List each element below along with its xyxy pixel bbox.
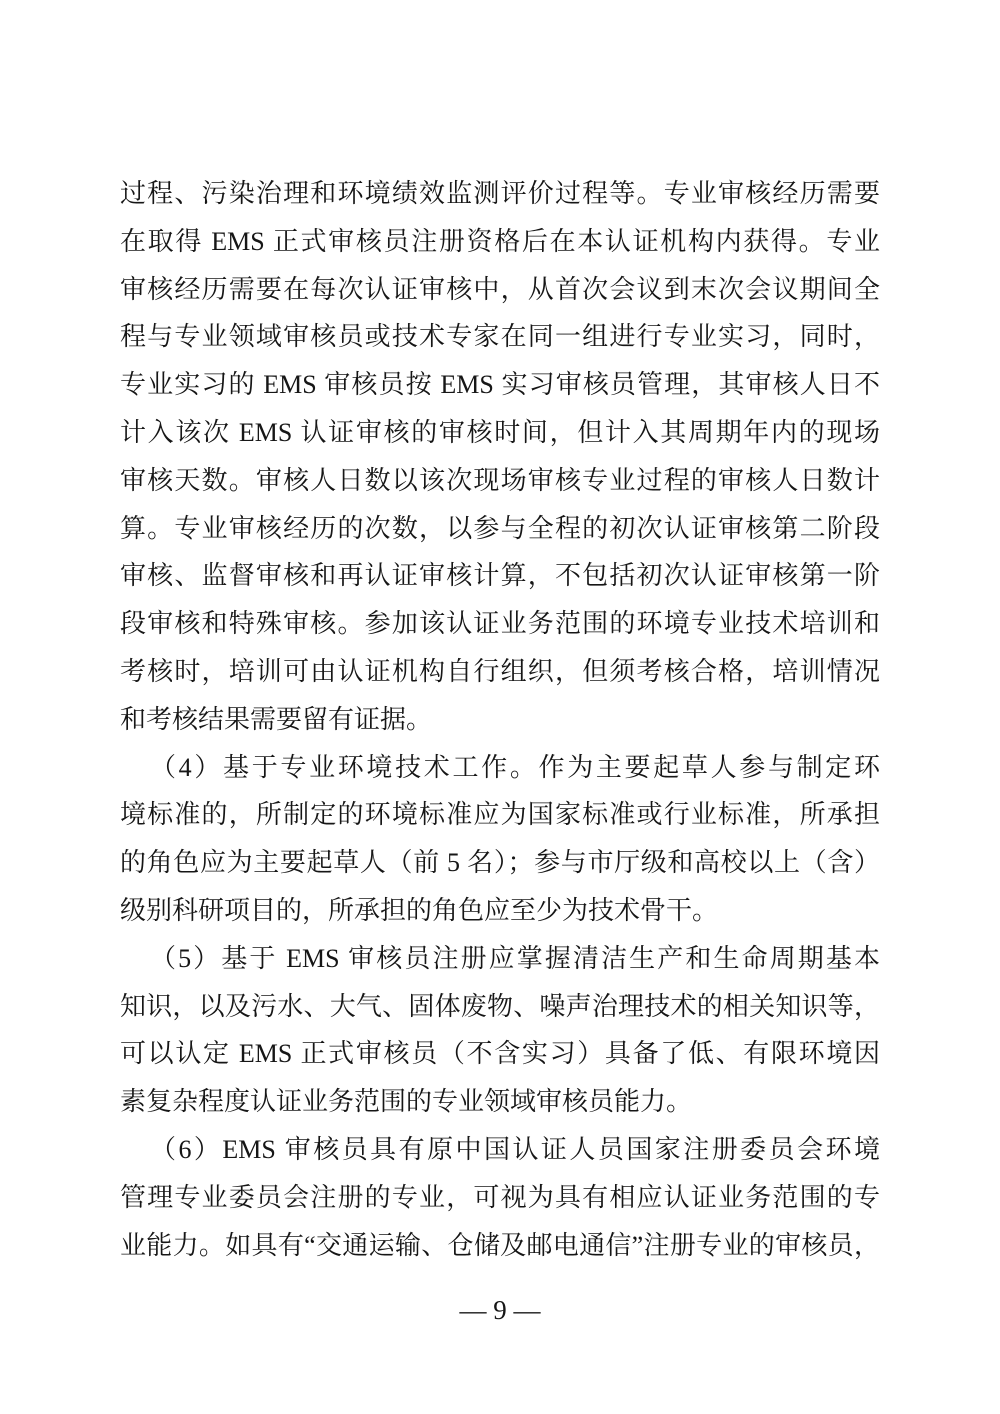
text-line: 在取得 EMS 正式审核员注册资格后在本认证机构内获得。专业 [120,218,880,266]
page-number: — 9 — [0,1293,1000,1327]
text-line: 可以认定 EMS 正式审核员（不含实习）具备了低、有限环境因 [120,1030,880,1078]
text-line: （6）EMS 审核员具有原中国认证人员国家注册委员会环境 [120,1126,880,1174]
paragraph: （5）基于 EMS 审核员注册应掌握清洁生产和生命周期基本 知识，以及污水、大气… [120,935,880,1126]
text-line: 的角色应为主要起草人（前 5 名）；参与市厅级和高校以上（含） [120,839,880,887]
text-line: （5）基于 EMS 审核员注册应掌握清洁生产和生命周期基本 [120,935,880,983]
text-line: 素复杂程度认证业务范围的专业领域审核员能力。 [120,1078,880,1126]
text-line: 审核经历需要在每次认证审核中，从首次会议到末次会议期间全 [120,266,880,314]
text-line: 考核时，培训可由认证机构自行组织，但须考核合格，培训情况 [120,648,880,696]
paragraph: 过程、污染治理和环境绩效监测评价过程等。专业审核经历需要 在取得 EMS 正式审… [120,170,880,744]
paragraph: （6）EMS 审核员具有原中国认证人员国家注册委员会环境 管理专业委员会注册的专… [120,1126,880,1269]
text-line: 境标准的，所制定的环境标准应为国家标准或行业标准，所承担 [120,791,880,839]
text-line: 算。专业审核经历的次数，以参与全程的初次认证审核第二阶段 [120,505,880,553]
text-line: 知识，以及污水、大气、固体废物、噪声治理技术的相关知识等， [120,983,880,1031]
paragraph: （4）基于专业环境技术工作。作为主要起草人参与制定环 境标准的，所制定的环境标准… [120,744,880,935]
text-line: 和考核结果需要留有证据。 [120,696,880,744]
text-line: 程与专业领域审核员或技术专家在同一组进行专业实习，同时， [120,313,880,361]
text-line: 计入该次 EMS 认证审核的审核时间，但计入其周期年内的现场 [120,409,880,457]
text-line: 专业实习的 EMS 审核员按 EMS 实习审核员管理，其审核人日不 [120,361,880,409]
text-line: 审核天数。审核人日数以该次现场审核专业过程的审核人日数计 [120,457,880,505]
text-line: 段审核和特殊审核。参加该认证业务范围的环境专业技术培训和 [120,600,880,648]
document-body: 过程、污染治理和环境绩效监测评价过程等。专业审核经历需要 在取得 EMS 正式审… [120,170,880,1269]
text-line: 级别科研项目的，所承担的角色应至少为技术骨干。 [120,887,880,935]
document-page: { "document": { "paragraphs": [ { "lines… [0,0,1000,1414]
text-line: （4）基于专业环境技术工作。作为主要起草人参与制定环 [120,744,880,792]
text-line: 业能力。如具有“交通运输、仓储及邮电通信”注册专业的审核员， [120,1222,880,1270]
text-line: 管理专业委员会注册的专业，可视为具有相应认证业务范围的专 [120,1174,880,1222]
text-line: 审核、监督审核和再认证审核计算，不包括初次认证审核第一阶 [120,552,880,600]
text-line: 过程、污染治理和环境绩效监测评价过程等。专业审核经历需要 [120,170,880,218]
